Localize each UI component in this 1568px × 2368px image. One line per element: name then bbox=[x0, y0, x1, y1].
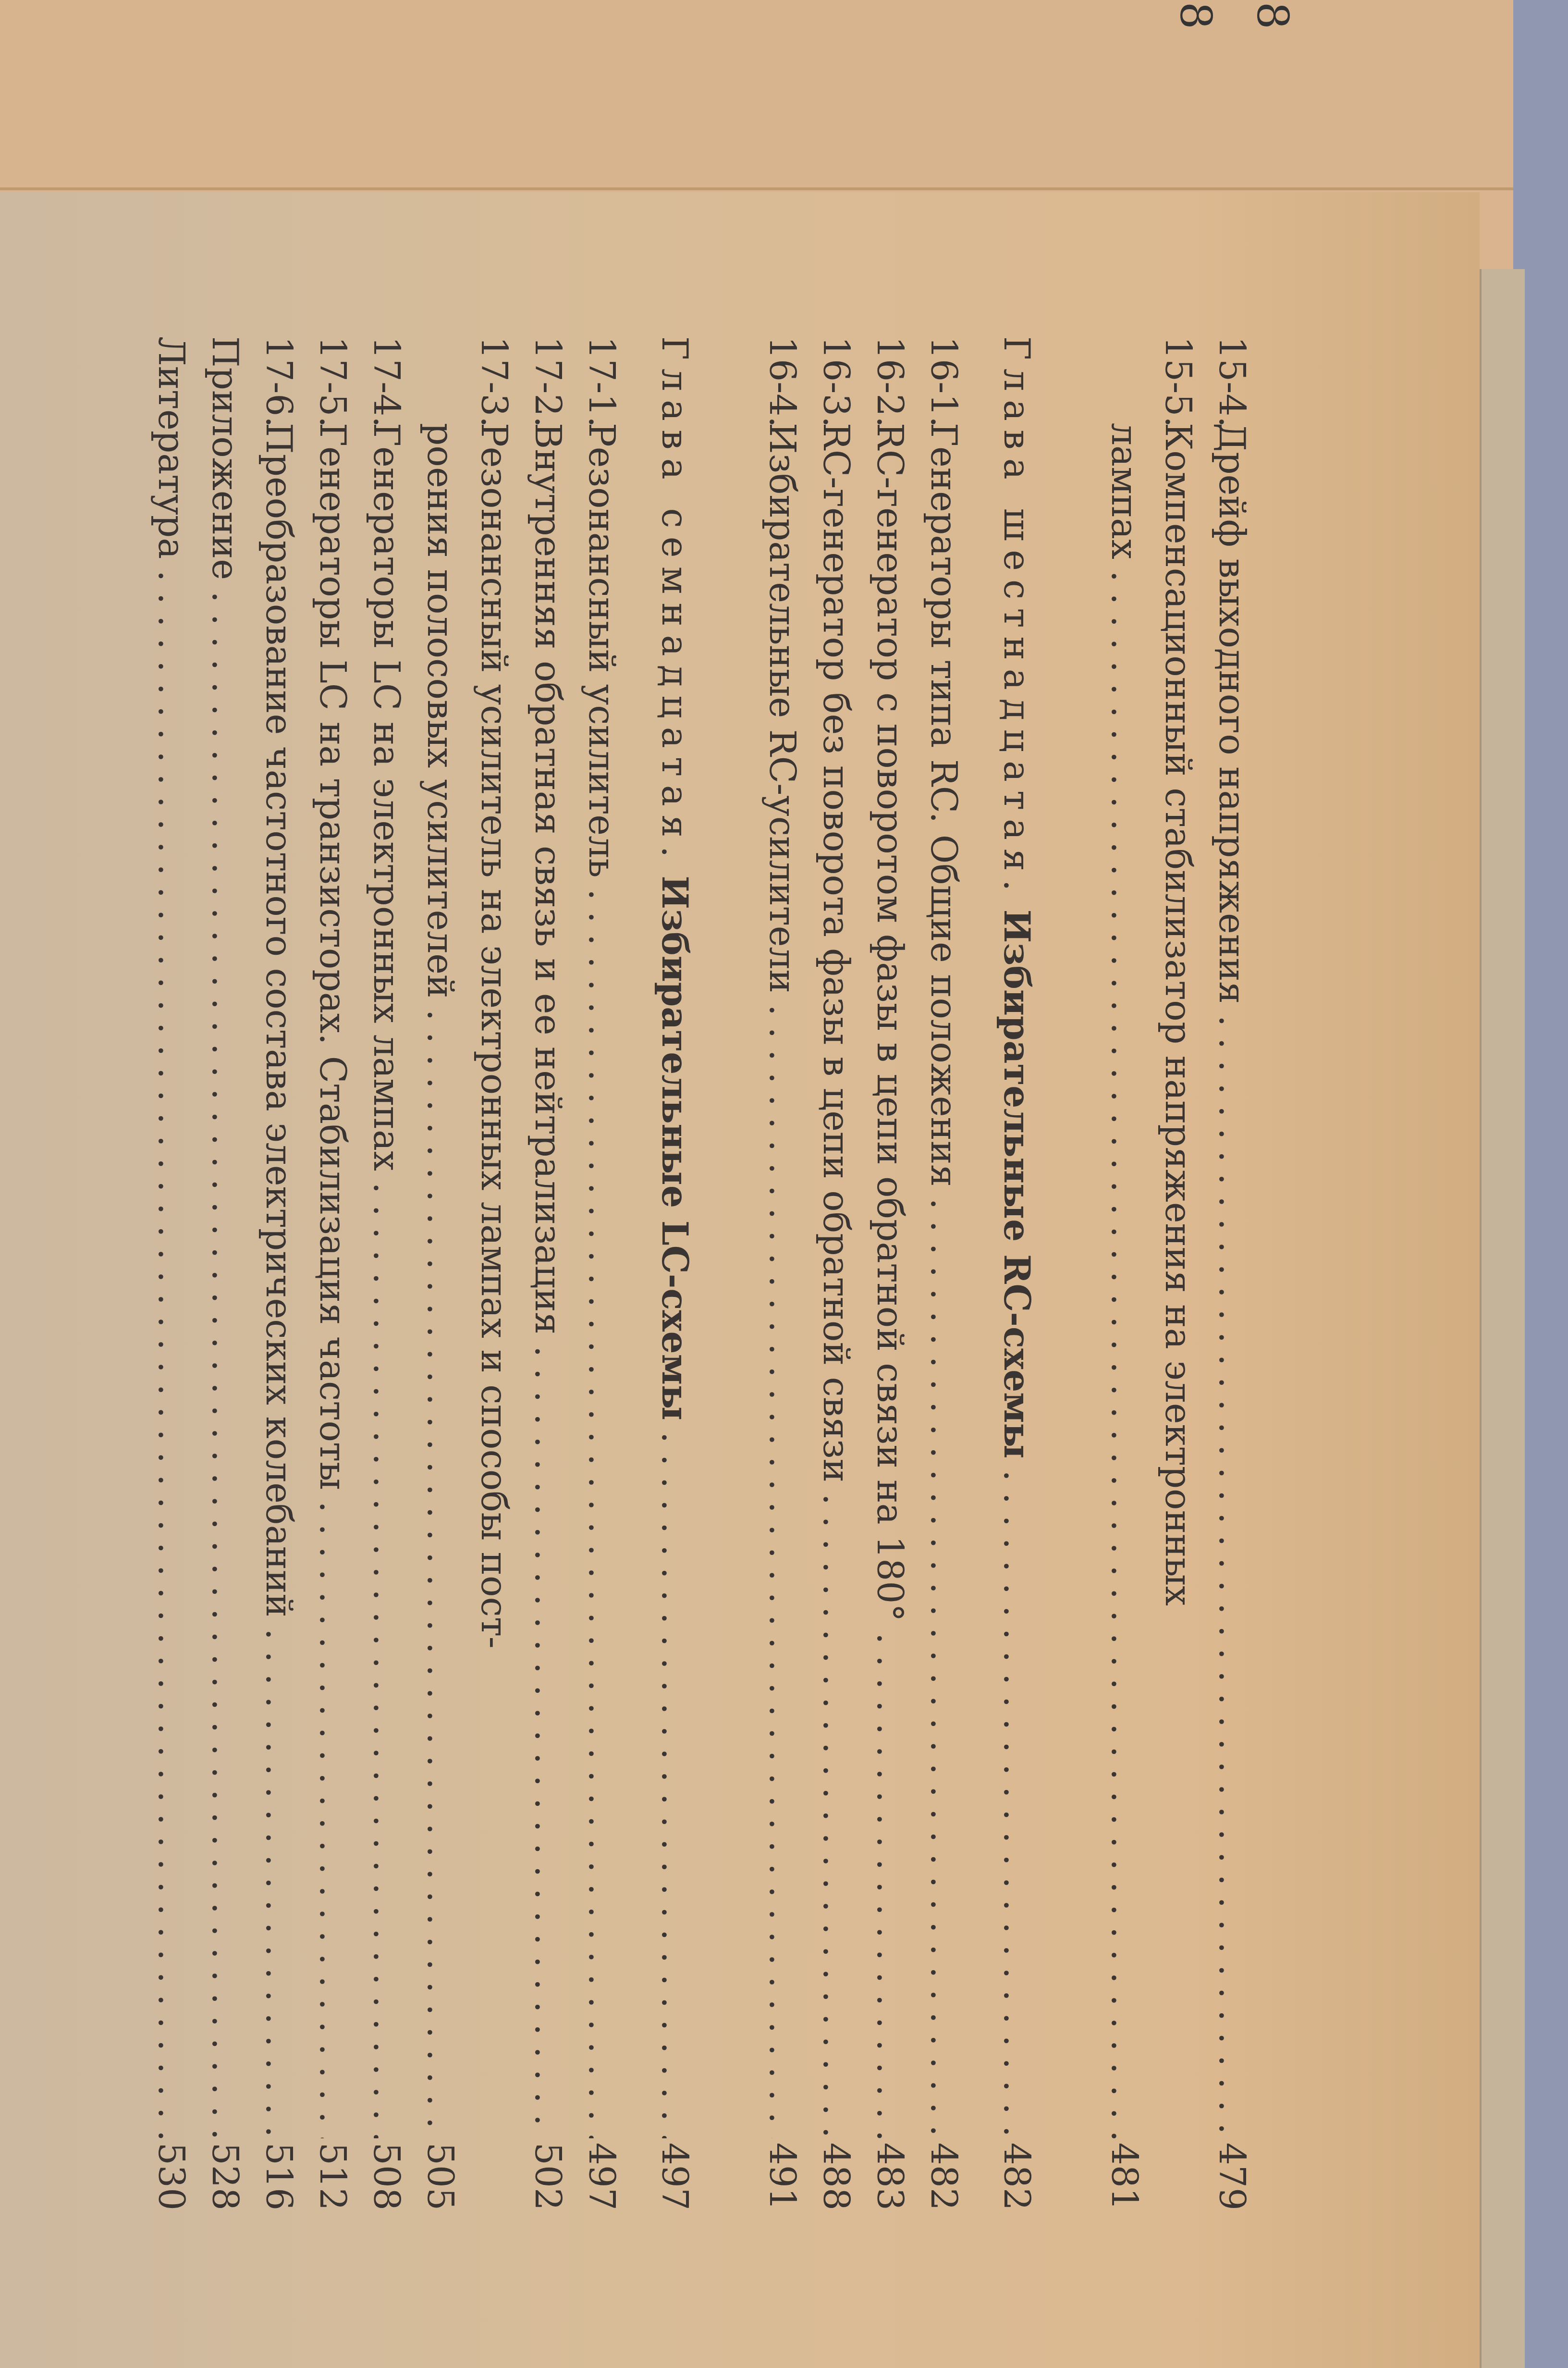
toc-entry-appendix: Приложение528 bbox=[198, 336, 252, 2210]
toc-entry: 16-4.Избирательные RC-усилители491 bbox=[755, 336, 809, 2210]
toc-entry: 15-4.Дрейф выходного напряжения479 bbox=[1205, 336, 1259, 2210]
toc-entry: 17-4.Генераторы LC на электронных лампах… bbox=[359, 336, 413, 2210]
toc-entry: 17-2.Внутренняя обратная связь и ее нейт… bbox=[521, 336, 575, 2210]
toc-entry: 17-5.Генераторы LC на транзисторах. Стаб… bbox=[306, 336, 359, 2210]
chapter-heading: Глава семнадцатая.Избирательные LC-схемы… bbox=[648, 336, 701, 2210]
chapter-heading: Глава шестнадцатая.Избирательные RC-схем… bbox=[990, 336, 1043, 2210]
toc-entry: лампах481 bbox=[1097, 336, 1151, 2210]
prev-page-number: 8 bbox=[1247, 2, 1298, 29]
toc-entry: 17-6.Преобразование частотного состава э… bbox=[252, 336, 306, 2210]
toc-entry: 17-3.Резонансный усилитель на электронны… bbox=[467, 336, 521, 2210]
toc-entry: 15-5.Компенсационный стабилизатор напряж… bbox=[1151, 336, 1205, 2210]
toc-entry: 17-1.Резонансный усилитель497 bbox=[575, 336, 628, 2210]
toc-entry: роения полосовых усилителей505 bbox=[413, 336, 467, 2210]
previous-page-edge: 8 8 bbox=[0, 0, 1513, 190]
book-cover-edge bbox=[1480, 269, 1525, 2368]
prev-page-number: 8 bbox=[1170, 2, 1221, 29]
toc-entry: 16-2.RC-генератор с поворотом фазы в цеп… bbox=[863, 336, 917, 2210]
table-of-contents: 15-4.Дрейф выходного напряжения479 15-5.… bbox=[144, 336, 1259, 2210]
toc-entry-literature: Литература530 bbox=[144, 336, 198, 2210]
toc-entry: 16-3.RC-генератор без поворота фазы в це… bbox=[809, 336, 863, 2210]
toc-entry: 16-1.Генераторы типа RC. Общие положения… bbox=[917, 336, 970, 2210]
